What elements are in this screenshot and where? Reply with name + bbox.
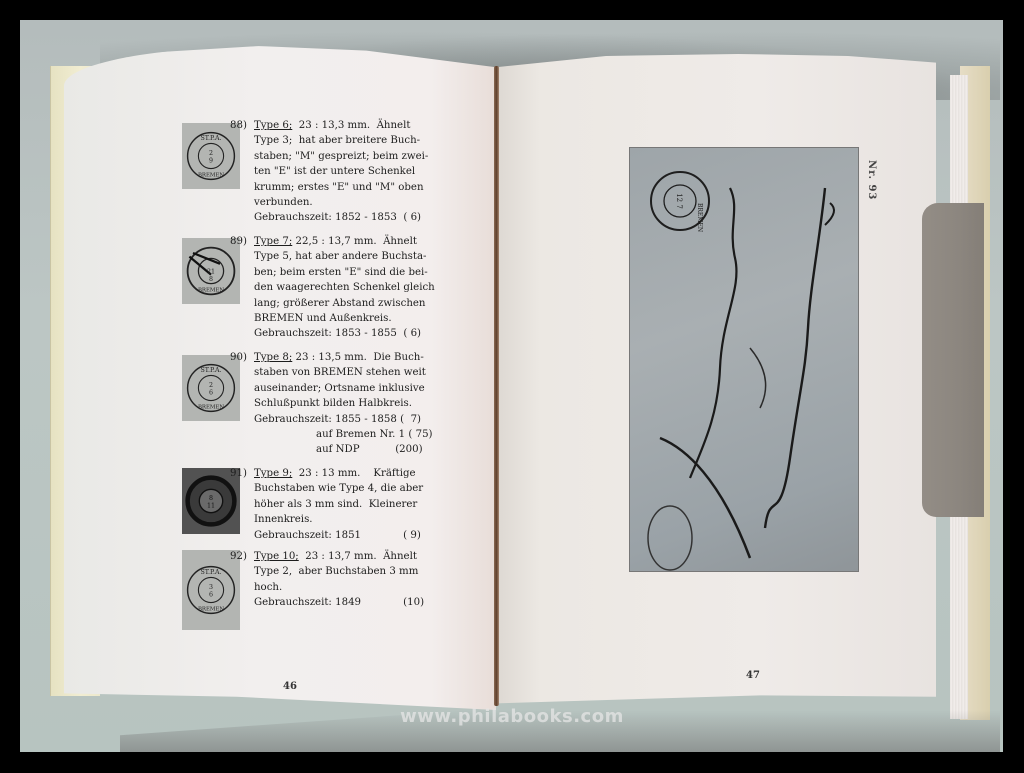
- cover-photograph: 12 7 BREMEN: [629, 147, 859, 572]
- entry-type: Type 7;: [254, 236, 292, 247]
- svg-text:3: 3: [209, 584, 213, 591]
- postmark-icon: 8 11: [184, 474, 238, 528]
- svg-text:12 7: 12 7: [675, 193, 683, 209]
- svg-text:BREMEN: BREMEN: [198, 173, 224, 179]
- svg-text:2: 2: [209, 150, 213, 157]
- svg-text:ST.P.A.: ST.P.A.: [200, 135, 221, 142]
- svg-text:2: 2: [209, 382, 213, 389]
- svg-text:6: 6: [209, 389, 213, 396]
- svg-text:BREMEN: BREMEN: [198, 405, 224, 411]
- book-gutter: [494, 66, 499, 706]
- entry-number: 92): [230, 549, 247, 564]
- svg-text:8: 8: [209, 495, 213, 502]
- entry-type: Type 10;: [254, 551, 299, 562]
- postmark-icon: ST.P.A. 3 6 BREMEN: [184, 563, 238, 617]
- entry-number: 89): [230, 234, 247, 249]
- page-number-left: 46: [283, 681, 297, 692]
- handwritten-cover-icon: 12 7 BREMEN: [630, 148, 860, 573]
- svg-text:21: 21: [207, 269, 215, 276]
- svg-text:BREMEN: BREMEN: [696, 203, 703, 232]
- svg-text:6: 6: [209, 591, 213, 598]
- bookmark-tab: [922, 203, 984, 517]
- entry-type: Type 9;: [254, 468, 292, 479]
- svg-text:BREMEN: BREMEN: [198, 607, 224, 613]
- page-number-right: 47: [746, 670, 760, 681]
- postmark-icon: ST.P.A. 2 9 BREMEN: [184, 129, 238, 183]
- entry-number: 88): [230, 118, 247, 133]
- svg-text:8: 8: [209, 276, 213, 283]
- postmark-icon: ST.P.A. 2 6 BREMEN: [184, 361, 238, 415]
- svg-text:ST.P.A.: ST.P.A.: [200, 569, 221, 576]
- postmark-icon: 21 8 BREMEN: [184, 244, 238, 298]
- entry-type: Type 6;: [254, 120, 292, 131]
- entry-number: 90): [230, 350, 247, 365]
- svg-text:9: 9: [209, 157, 213, 164]
- svg-text:ST.P.A.: ST.P.A.: [200, 367, 221, 374]
- entry-type: Type 8;: [254, 352, 292, 363]
- entry-number: 91): [230, 466, 247, 481]
- svg-text:11: 11: [207, 502, 215, 509]
- watermark: www.philabooks.com: [0, 706, 1024, 727]
- svg-text:BREMEN: BREMEN: [198, 288, 224, 294]
- plate-number-label: Nr. 93: [866, 160, 877, 200]
